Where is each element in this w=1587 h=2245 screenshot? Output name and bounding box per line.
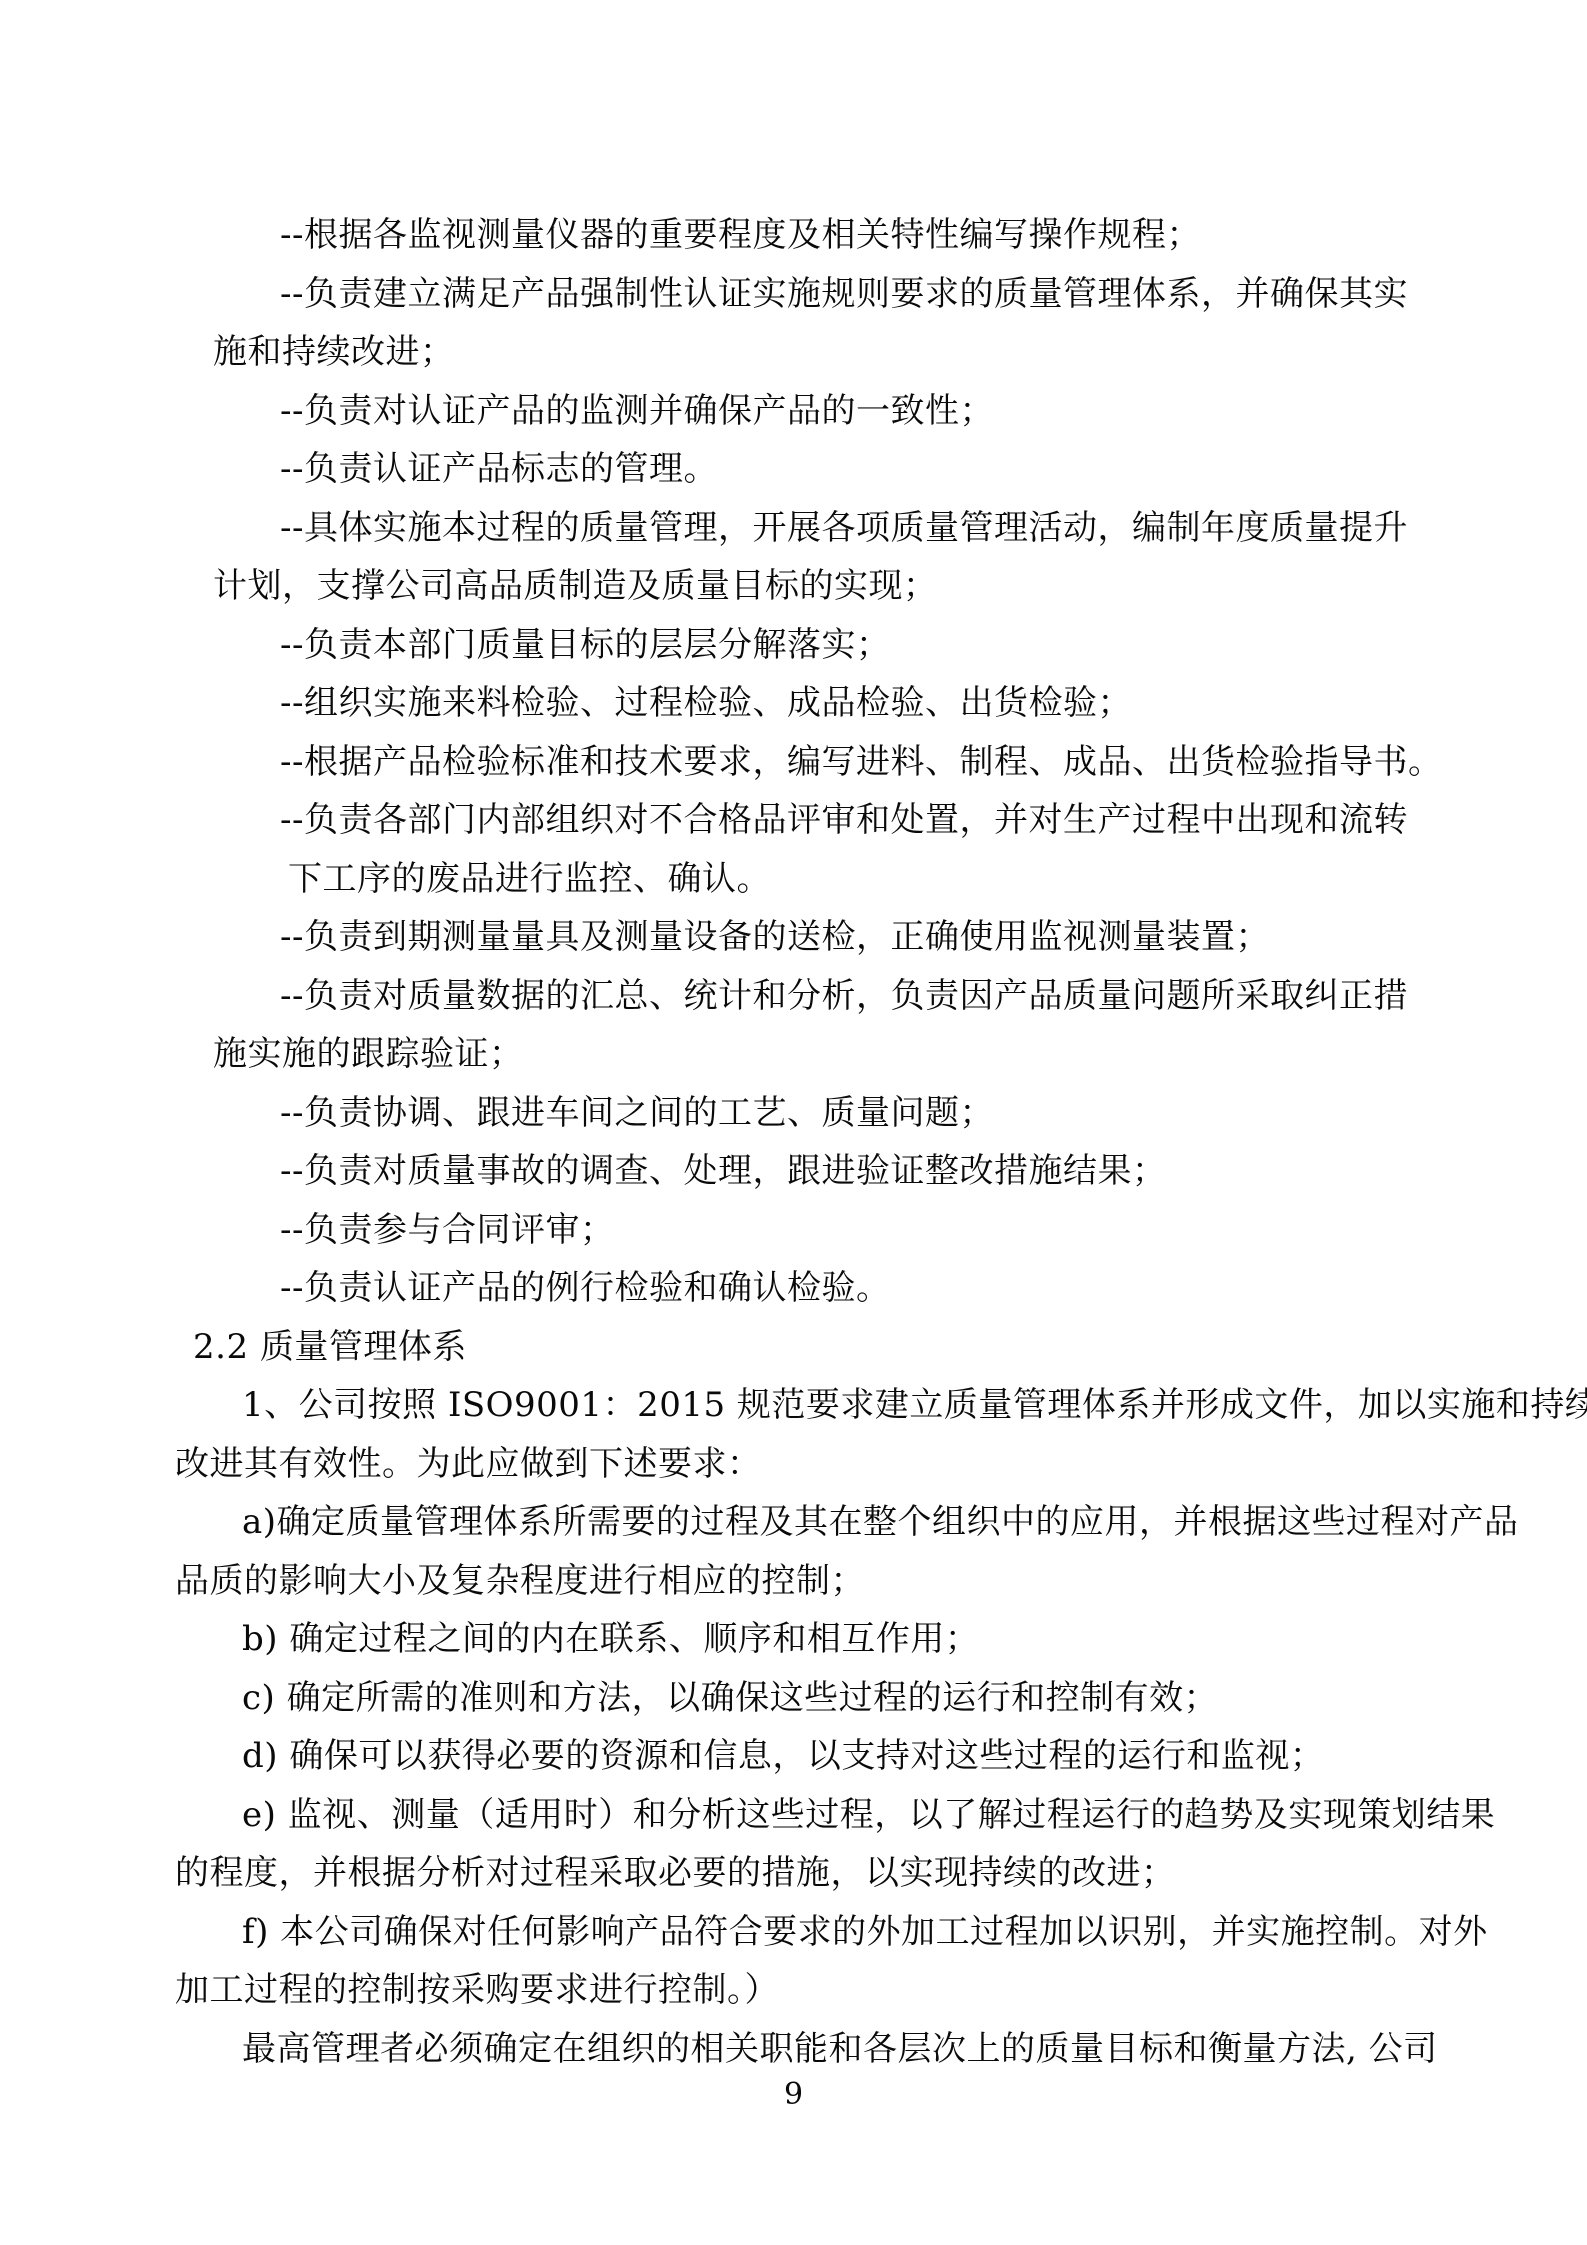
text-line: 施实施的跟踪验证； <box>0 1025 1587 1084</box>
text-line: --负责各部门内部组织对不合格品评审和处置，并对生产过程中出现和流转 <box>0 791 1587 850</box>
page-number: 9 <box>0 2074 1587 2116</box>
text-line: --负责参与合同评审； <box>0 1201 1587 1260</box>
text-line: --负责认证产品标志的管理。 <box>0 440 1587 499</box>
text-line: --负责对质量数据的汇总、统计和分析，负责因产品质量问题所采取纠正措 <box>0 967 1587 1026</box>
text-line: 1、公司按照 ISO9001：2015 规范要求建立质量管理体系并形成文件，加以… <box>0 1376 1587 1435</box>
text-line: --负责对质量事故的调查、处理，跟进验证整改措施结果； <box>0 1142 1587 1201</box>
text-line: 计划，支撑公司高品质制造及质量目标的实现； <box>0 557 1587 616</box>
text-line: 施和持续改进； <box>0 323 1587 382</box>
text-line: --负责对认证产品的监测并确保产品的一致性； <box>0 382 1587 441</box>
text-line: a)确定质量管理体系所需要的过程及其在整个组织中的应用，并根据这些过程对产品 <box>0 1493 1587 1552</box>
text-line: --负责到期测量量具及测量设备的送检，正确使用监视测量装置； <box>0 908 1587 967</box>
text-line: --负责建立满足产品强制性认证实施规则要求的质量管理体系，并确保其实 <box>0 265 1587 324</box>
document-page: --根据各监视测量仪器的重要程度及相关特性编写操作规程； --负责建立满足产品强… <box>0 0 1587 2245</box>
section-heading: 2.2 质量管理体系 <box>0 1318 1587 1377</box>
text-line: 的程度，并根据分析对过程采取必要的措施，以实现持续的改进； <box>0 1844 1587 1903</box>
text-line: 下工序的废品进行监控、确认。 <box>0 850 1587 909</box>
text-line: f) 本公司确保对任何影响产品符合要求的外加工过程加以识别，并实施控制。对外 <box>0 1903 1587 1962</box>
text-line: --根据产品检验标准和技术要求，编写进料、制程、成品、出货检验指导书。 <box>0 733 1587 792</box>
text-line: 改进其有效性。为此应做到下述要求： <box>0 1435 1587 1494</box>
text-line: --根据各监视测量仪器的重要程度及相关特性编写操作规程； <box>0 206 1587 265</box>
text-line: --负责认证产品的例行检验和确认检验。 <box>0 1259 1587 1318</box>
text-line: --负责本部门质量目标的层层分解落实； <box>0 616 1587 675</box>
text-line: 加工过程的控制按采购要求进行控制。） <box>0 1961 1587 2020</box>
text-line: b) 确定过程之间的内在联系、顺序和相互作用； <box>0 1610 1587 1669</box>
text-line: c) 确定所需的准则和方法，以确保这些过程的运行和控制有效； <box>0 1669 1587 1728</box>
text-line: 最高管理者必须确定在组织的相关职能和各层次上的质量目标和衡量方法, 公司 <box>0 2020 1587 2079</box>
text-line: d) 确保可以获得必要的资源和信息，以支持对这些过程的运行和监视； <box>0 1727 1587 1786</box>
text-line: --负责协调、跟进车间之间的工艺、质量问题； <box>0 1084 1587 1143</box>
text-line: --组织实施来料检验、过程检验、成品检验、出货检验； <box>0 674 1587 733</box>
text-line: --具体实施本过程的质量管理，开展各项质量管理活动，编制年度质量提升 <box>0 499 1587 558</box>
text-line: 品质的影响大小及复杂程度进行相应的控制； <box>0 1552 1587 1611</box>
text-line: e) 监视、测量（适用时）和分析这些过程，以了解过程运行的趋势及实现策划结果 <box>0 1786 1587 1845</box>
document-body: --根据各监视测量仪器的重要程度及相关特性编写操作规程； --负责建立满足产品强… <box>0 206 1587 2078</box>
